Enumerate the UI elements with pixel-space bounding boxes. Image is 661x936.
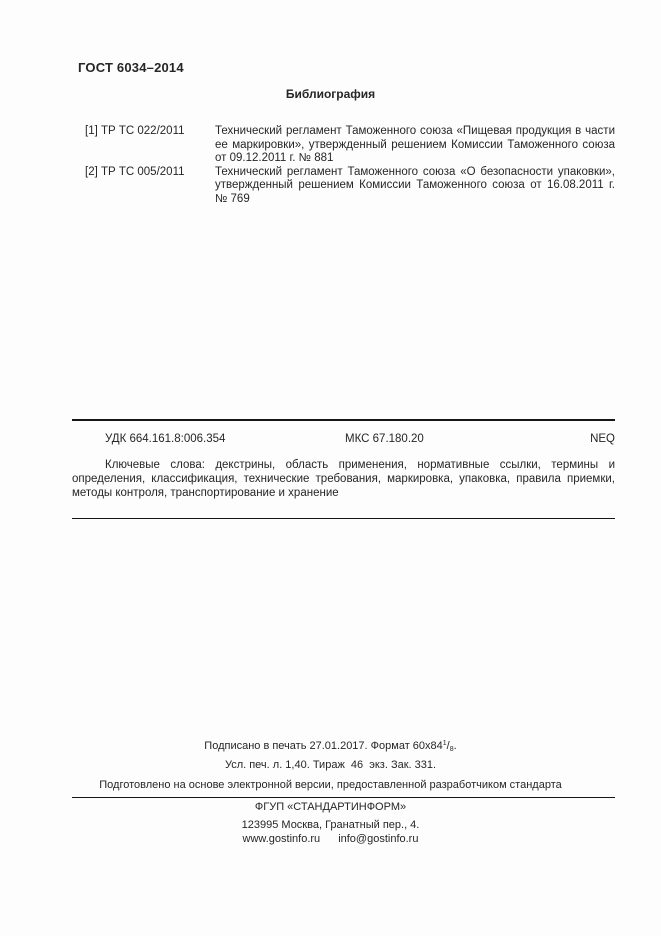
divider-footer [72, 797, 615, 798]
udk-code: УДК 664.161.8:006.354 [105, 433, 225, 445]
mks-code: МКС 67.180.20 [345, 433, 424, 445]
doc-code: ГОСТ 6034–2014 [78, 60, 184, 75]
divider-keywords [72, 518, 615, 519]
publisher-website: www.gostinfo.ru [243, 833, 321, 845]
format-fraction-denominator: 8 [450, 746, 454, 753]
publisher-name: ФГУП «СТАНДАРТИНФОРМ» [0, 801, 661, 813]
bibliography-entry: [1] ТР ТС 022/2011 Технический регламент… [85, 125, 615, 166]
neq-label: NEQ [590, 433, 615, 445]
imprint-print-text: Подписано в печать 27.01.2017. Формат 60… [204, 740, 442, 752]
document-page: ГОСТ 6034–2014 Библиография [1] ТР ТС 02… [0, 0, 661, 936]
keywords-paragraph: Ключевые слова: декстрины, область приме… [72, 458, 615, 500]
imprint-source-line: Подготовлено на основе электронной верси… [0, 779, 661, 791]
bibliography-list: [1] ТР ТС 022/2011 Технический регламент… [85, 125, 615, 206]
bibliography-ref: [1] ТР ТС 022/2011 [85, 125, 215, 166]
format-fraction-numerator: 1 [443, 740, 447, 747]
publisher-email: info@gostinfo.ru [338, 833, 418, 845]
divider-top [72, 419, 615, 421]
publisher-contacts: www.gostinfo.ru info@gostinfo.ru [0, 833, 661, 845]
classification-row: УДК 664.161.8:006.354 МКС 67.180.20 NEQ [72, 433, 615, 447]
publisher-address: 123995 Москва, Гранатный пер., 4. [0, 819, 661, 831]
bibliography-ref: [2] ТР ТС 005/2011 [85, 166, 215, 207]
bibliography-text: Технический регламент Таможенного союза … [215, 125, 615, 166]
imprint-print-period: . [454, 740, 457, 752]
bibliography-text: Технический регламент Таможенного союза … [215, 166, 615, 207]
imprint-print-line: Подписано в печать 27.01.2017. Формат 60… [0, 740, 661, 752]
imprint-edition-line: Усл. печ. л. 1,40. Тираж 46 экз. Зак. 33… [0, 759, 661, 771]
page-title: Библиография [0, 87, 661, 101]
bibliography-entry: [2] ТР ТС 005/2011 Технический регламент… [85, 166, 615, 207]
